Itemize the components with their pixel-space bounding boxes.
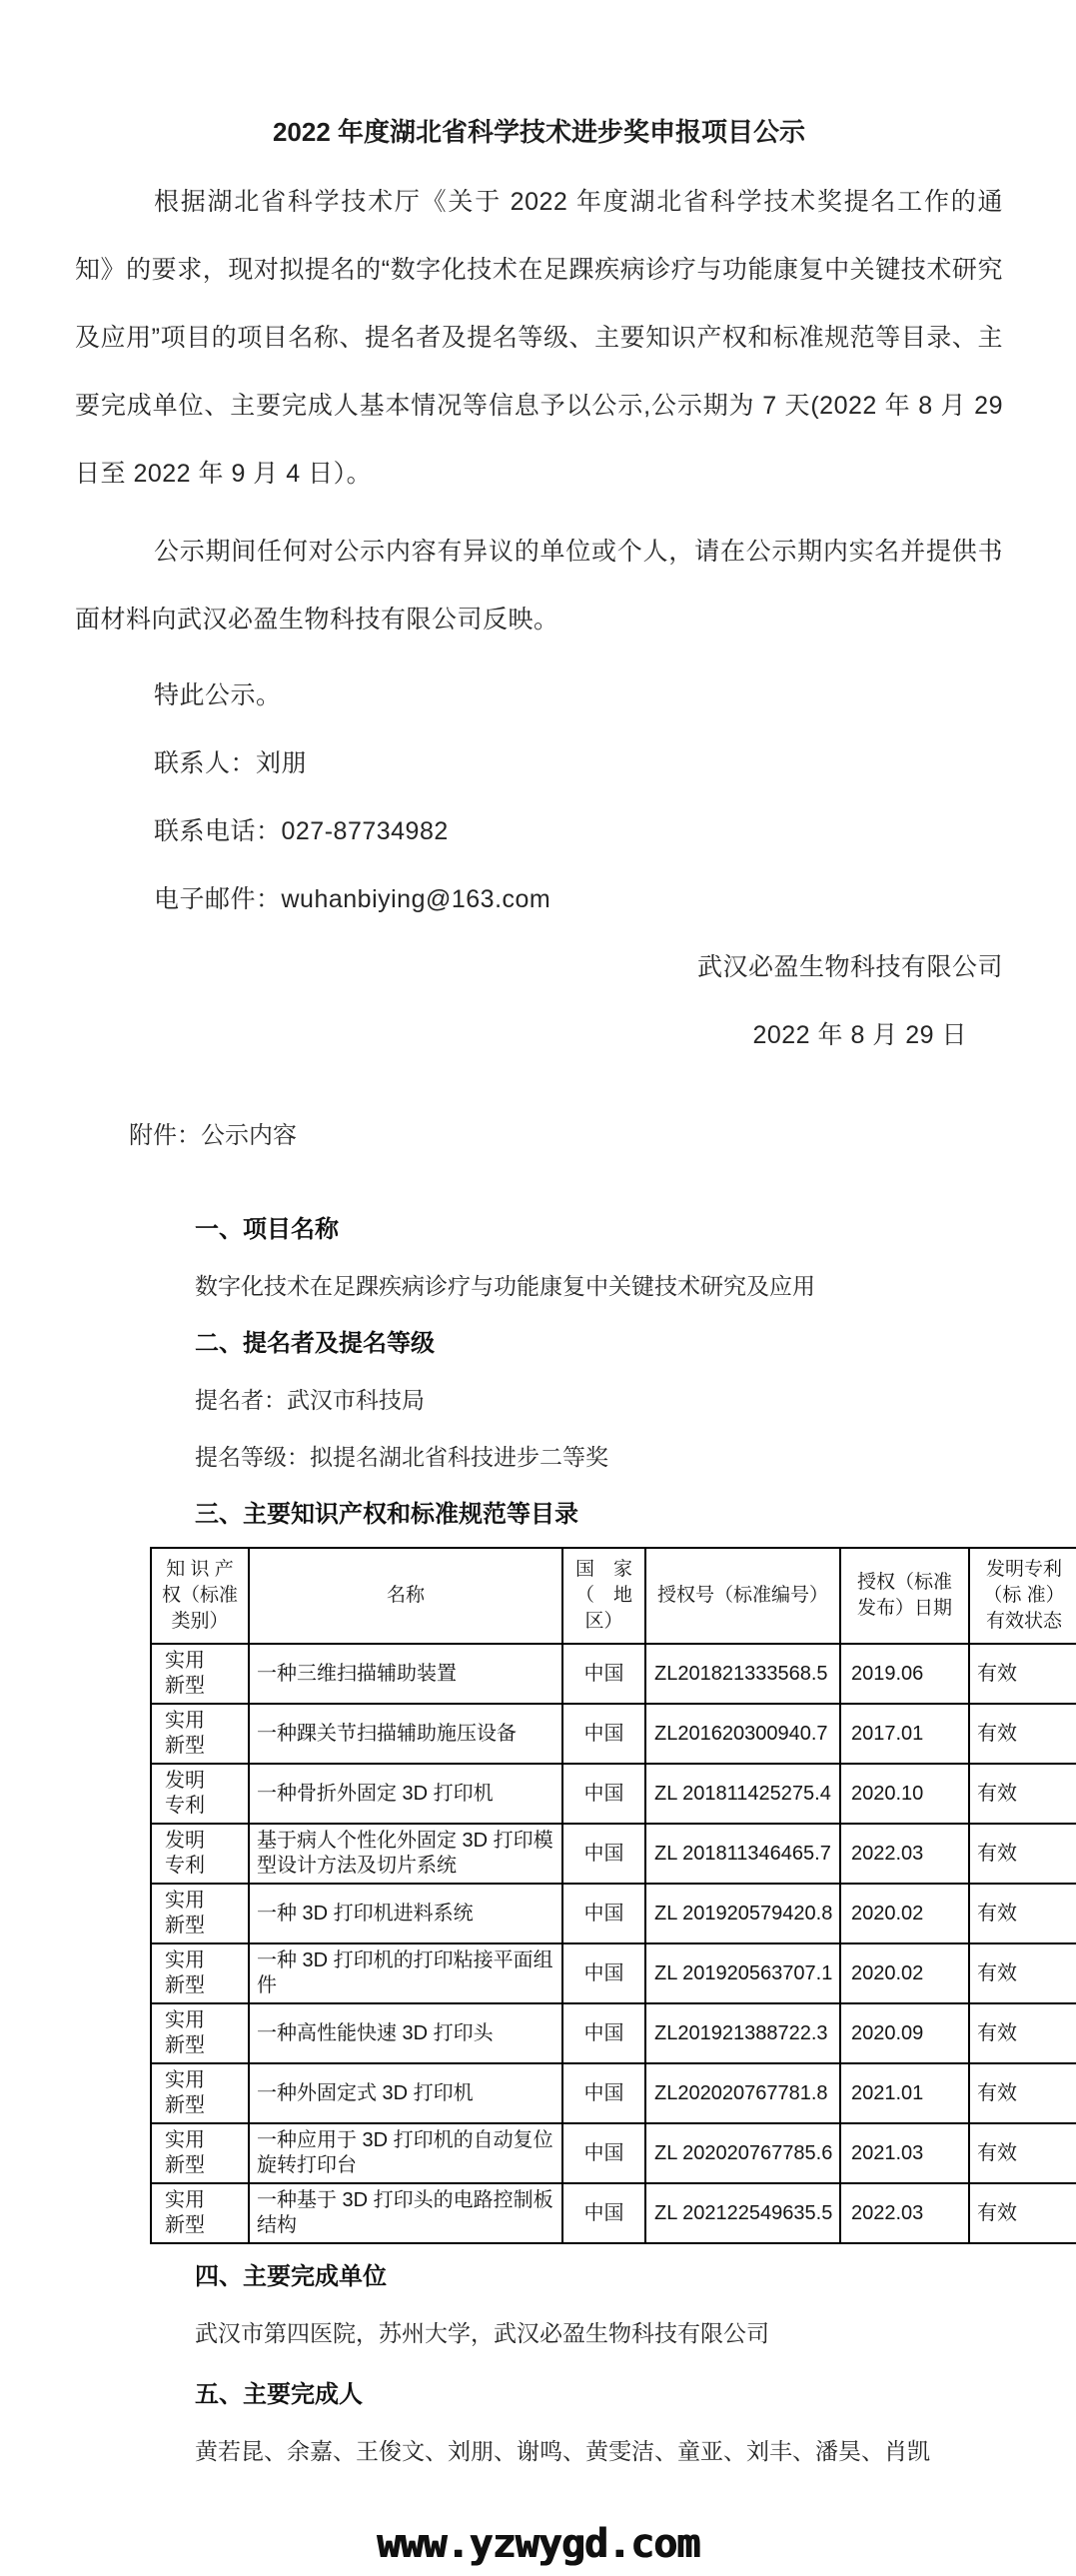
contact-name-line: 联系人：刘朋 bbox=[75, 729, 1003, 797]
paragraph-objection: 公示期间任何对公示内容有异议的单位或个人，请在公示期内实名并提供书面材料向武汉必… bbox=[75, 518, 1003, 653]
cell-name: 一种 3D 打印机的打印粘接平面组件 bbox=[249, 1943, 562, 2003]
section-heading-units: 四、主要完成单位 bbox=[195, 2248, 1003, 2305]
cell-name: 一种 3D 打印机进料系统 bbox=[249, 1884, 562, 1943]
cell-number: ZL201821333568.5 bbox=[645, 1644, 840, 1704]
cell-number: ZL201921388722.3 bbox=[645, 2003, 840, 2063]
table-row: 发明 专利基于病人个性化外固定 3D 打印模型设计方法及切片系统中国ZL 201… bbox=[151, 1824, 1076, 1884]
signature-company: 武汉必盈生物科技有限公司 bbox=[75, 933, 1003, 1001]
cell-date: 2021.01 bbox=[840, 2063, 969, 2123]
section-heading-project-name: 一、项目名称 bbox=[195, 1201, 1003, 1258]
cell-country: 中国 bbox=[562, 2063, 645, 2123]
cell-country: 中国 bbox=[562, 1644, 645, 1704]
cell-status: 有效 bbox=[969, 1704, 1076, 1764]
cell-category: 发明 专利 bbox=[151, 1824, 249, 1884]
cell-date: 2019.06 bbox=[840, 1644, 969, 1704]
cell-status: 有效 bbox=[969, 2183, 1076, 2243]
cell-category: 实用 新型 bbox=[151, 1884, 249, 1943]
cell-name: 一种基于 3D 打印头的电路控制板结构 bbox=[249, 2183, 562, 2243]
cell-country: 中国 bbox=[562, 1884, 645, 1943]
table-row: 实用 新型一种高性能快速 3D 打印头中国ZL201921388722.3202… bbox=[151, 2003, 1076, 2063]
cell-status: 有效 bbox=[969, 1943, 1076, 2003]
cell-name: 一种骨折外固定 3D 打印机 bbox=[249, 1764, 562, 1824]
table-row: 实用 新型一种基于 3D 打印头的电路控制板结构中国ZL 20212254963… bbox=[151, 2183, 1076, 2243]
cell-number: ZL202020767781.8 bbox=[645, 2063, 840, 2123]
header-name: 名称 bbox=[249, 1548, 562, 1644]
cell-status: 有效 bbox=[969, 1644, 1076, 1704]
closing-line: 特此公示。 bbox=[75, 661, 1003, 729]
cell-category: 实用 新型 bbox=[151, 1704, 249, 1764]
table-row: 实用 新型一种 3D 打印机进料系统中国ZL 201920579420.8202… bbox=[151, 1884, 1076, 1943]
cell-country: 中国 bbox=[562, 2123, 645, 2183]
table-row: 实用 新型一种外固定式 3D 打印机中国ZL202020767781.82021… bbox=[151, 2063, 1076, 2123]
cell-name: 一种踝关节扫描辅助施压设备 bbox=[249, 1704, 562, 1764]
section-heading-nominator: 二、提名者及提名等级 bbox=[195, 1315, 1003, 1372]
cell-name: 一种外固定式 3D 打印机 bbox=[249, 2063, 562, 2123]
header-valid-status: 发明专利 （标 准） 有效状态 bbox=[969, 1548, 1076, 1644]
paragraph-basis: 根据湖北省科学技术厅《关于 2022 年度湖北省科学技术奖提名工作的通知》的要求… bbox=[75, 168, 1003, 508]
cell-name: 一种应用于 3D 打印机的自动复位旋转打印台 bbox=[249, 2123, 562, 2183]
cell-number: ZL 202020767785.6 bbox=[645, 2123, 840, 2183]
announcement-page: 2022 年度湖北省科学技术进步奖申报项目公示 根据湖北省科学技术厅《关于 20… bbox=[0, 0, 1076, 2576]
cell-number: ZL 201920563707.1 bbox=[645, 1943, 840, 2003]
cell-status: 有效 bbox=[969, 2003, 1076, 2063]
cell-number: ZL 201920579420.8 bbox=[645, 1884, 840, 1943]
cell-number: ZL 201811346465.7 bbox=[645, 1824, 840, 1884]
signature-date: 2022 年 8 月 29 日 bbox=[75, 1001, 1003, 1069]
cell-country: 中国 bbox=[562, 1943, 645, 2003]
project-name-value: 数字化技术在足踝疾病诊疗与功能康复中关键技术研究及应用 bbox=[195, 1258, 1003, 1315]
nominator-line: 提名者：武汉市科技局 bbox=[195, 1372, 1003, 1429]
ip-table-body: 实用 新型一种三维扫描辅助装置中国ZL201821333568.52019.06… bbox=[151, 1644, 1076, 2243]
cell-country: 中国 bbox=[562, 1704, 645, 1764]
table-row: 实用 新型一种踝关节扫描辅助施压设备中国ZL201620300940.72017… bbox=[151, 1704, 1076, 1764]
header-ip-category: 知 识 产 权（标准 类别） bbox=[151, 1548, 249, 1644]
cell-category: 实用 新型 bbox=[151, 1644, 249, 1704]
announcement-text: 根据湖北省科学技术厅《关于 2022 年度湖北省科学技术奖提名工作的通知》的要求… bbox=[75, 168, 1003, 1069]
cell-country: 中国 bbox=[562, 2003, 645, 2063]
completion-persons-line: 黄若昆、余嘉、王俊文、刘朋、谢鸣、黄雯洁、童亚、刘丰、潘昊、肖凯 bbox=[195, 2423, 1003, 2480]
watermark-text: www.yzwygd.com bbox=[0, 2516, 1076, 2572]
cell-date: 2022.03 bbox=[840, 1824, 969, 1884]
header-grant-number: 授权号（标准编号） bbox=[645, 1548, 840, 1644]
cell-date: 2020.09 bbox=[840, 2003, 969, 2063]
cell-name: 一种高性能快速 3D 打印头 bbox=[249, 2003, 562, 2063]
cell-date: 2020.02 bbox=[840, 1943, 969, 2003]
document-body: 2022 年度湖北省科学技术进步奖申报项目公示 根据湖北省科学技术厅《关于 20… bbox=[75, 0, 1003, 2480]
ip-table: 知 识 产 权（标准 类别） 名称 国 家 （ 地 区） 授权号（标准编号） 授… bbox=[150, 1547, 1076, 2244]
cell-status: 有效 bbox=[969, 1824, 1076, 1884]
header-country: 国 家 （ 地 区） bbox=[562, 1548, 645, 1644]
ip-table-header-row: 知 识 产 权（标准 类别） 名称 国 家 （ 地 区） 授权号（标准编号） 授… bbox=[151, 1548, 1076, 1644]
cell-name: 基于病人个性化外固定 3D 打印模型设计方法及切片系统 bbox=[249, 1824, 562, 1884]
section-heading-ip-list: 三、主要知识产权和标准规范等目录 bbox=[195, 1486, 1003, 1543]
cell-category: 实用 新型 bbox=[151, 2123, 249, 2183]
contact-phone-line: 联系电话：027-87734982 bbox=[75, 797, 1003, 865]
cell-status: 有效 bbox=[969, 1764, 1076, 1824]
header-grant-date: 授权（标准 发布）日期 bbox=[840, 1548, 969, 1644]
cell-country: 中国 bbox=[562, 2183, 645, 2243]
completion-units-line: 武汉市第四医院，苏州大学，武汉必盈生物科技有限公司 bbox=[195, 2305, 1003, 2362]
cell-number: ZL201620300940.7 bbox=[645, 1704, 840, 1764]
table-row: 发明 专利一种骨折外固定 3D 打印机中国ZL 201811425275.420… bbox=[151, 1764, 1076, 1824]
cell-category: 实用 新型 bbox=[151, 2183, 249, 2243]
cell-number: ZL 202122549635.5 bbox=[645, 2183, 840, 2243]
cell-country: 中国 bbox=[562, 1764, 645, 1824]
attachment-content: 一、项目名称 数字化技术在足踝疾病诊疗与功能康复中关键技术研究及应用 二、提名者… bbox=[195, 1201, 1003, 2480]
cell-status: 有效 bbox=[969, 2063, 1076, 2123]
nomination-grade-line: 提名等级：拟提名湖北省科技进步二等奖 bbox=[195, 1429, 1003, 1486]
cell-date: 2020.10 bbox=[840, 1764, 969, 1824]
attachment-label: 附件：公示内容 bbox=[75, 1103, 1003, 1169]
cell-date: 2020.02 bbox=[840, 1884, 969, 1943]
cell-date: 2017.01 bbox=[840, 1704, 969, 1764]
cell-category: 实用 新型 bbox=[151, 2063, 249, 2123]
table-row: 实用 新型一种应用于 3D 打印机的自动复位旋转打印台中国ZL 20202076… bbox=[151, 2123, 1076, 2183]
cell-category: 发明 专利 bbox=[151, 1764, 249, 1824]
cell-name: 一种三维扫描辅助装置 bbox=[249, 1644, 562, 1704]
cell-status: 有效 bbox=[969, 1884, 1076, 1943]
table-row: 实用 新型一种 3D 打印机的打印粘接平面组件中国ZL 201920563707… bbox=[151, 1943, 1076, 2003]
contact-email-line: 电子邮件：wuhanbiying@163.com bbox=[75, 865, 1003, 933]
cell-status: 有效 bbox=[969, 2123, 1076, 2183]
cell-number: ZL 201811425275.4 bbox=[645, 1764, 840, 1824]
page-title: 2022 年度湖北省科学技术进步奖申报项目公示 bbox=[75, 0, 1003, 152]
cell-date: 2022.03 bbox=[840, 2183, 969, 2243]
cell-category: 实用 新型 bbox=[151, 1943, 249, 2003]
cell-date: 2021.03 bbox=[840, 2123, 969, 2183]
table-row: 实用 新型一种三维扫描辅助装置中国ZL201821333568.52019.06… bbox=[151, 1644, 1076, 1704]
cell-country: 中国 bbox=[562, 1824, 645, 1884]
section-heading-persons: 五、主要完成人 bbox=[195, 2366, 1003, 2423]
cell-category: 实用 新型 bbox=[151, 2003, 249, 2063]
